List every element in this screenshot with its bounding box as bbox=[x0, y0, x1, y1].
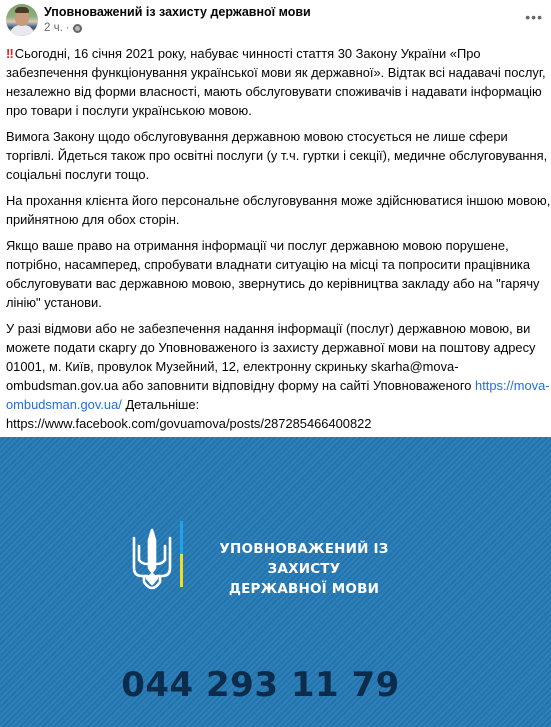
flag-blue-stripe bbox=[180, 521, 183, 554]
paragraph-text: Сьогодні, 16 січня 2021 року, набуває чи… bbox=[6, 46, 546, 118]
details-label: Детальніше: bbox=[122, 397, 199, 412]
avatar-hair bbox=[15, 7, 29, 13]
author-avatar[interactable] bbox=[6, 4, 38, 36]
banner-title-line-2: ДЕРЖАВНОЇ МОВИ bbox=[194, 579, 414, 599]
banner-title-line-1: УПОВНОВАЖЕНИЙ ІЗ ЗАХИСТУ bbox=[194, 539, 414, 579]
globe-icon[interactable] bbox=[73, 24, 82, 33]
trident-emblem-icon bbox=[130, 528, 174, 590]
post-image-banner[interactable]: УПОВНОВАЖЕНИЙ ІЗ ЗАХИСТУ ДЕРЖАВНОЇ МОВИ … bbox=[0, 437, 551, 727]
meta-separator: · bbox=[66, 22, 70, 34]
flag-yellow-stripe bbox=[180, 554, 183, 587]
ukraine-flag-bar bbox=[180, 521, 183, 587]
banner-org-title: УПОВНОВАЖЕНИЙ ІЗ ЗАХИСТУ ДЕРЖАВНОЇ МОВИ bbox=[194, 539, 414, 599]
paragraph-client-request: На прохання клієнта його персональне обс… bbox=[6, 191, 551, 229]
post-meta: 2 ч. · bbox=[44, 22, 82, 34]
post-header: Уповноважений із захисту державної мови … bbox=[0, 0, 551, 42]
phone-text: 044 293 11 79 bbox=[121, 665, 400, 705]
avatar-shirt bbox=[10, 25, 34, 36]
more-options-button[interactable]: ••• bbox=[525, 9, 543, 25]
banner-phone-number: 044 293 11 79 bbox=[0, 665, 551, 705]
post-time[interactable]: 2 ч. bbox=[44, 22, 63, 34]
author-name[interactable]: Уповноважений із захисту державної мови bbox=[44, 5, 311, 19]
facebook-post-link[interactable]: https://www.facebook.com/govuamova/posts… bbox=[6, 416, 371, 431]
paragraph-intro: ‼Сьогодні, 16 січня 2021 року, набуває ч… bbox=[6, 44, 551, 120]
paragraph-rights-violated: Якщо ваше право на отримання інформації … bbox=[6, 236, 551, 312]
paragraph-complaint: У разі відмови або не забезпечення надан… bbox=[6, 319, 551, 433]
complaint-text: У разі відмови або не забезпечення надан… bbox=[6, 321, 535, 393]
double-exclamation-icon: ‼ bbox=[6, 46, 12, 61]
paragraph-scope: Вимога Закону щодо обслуговування держав… bbox=[6, 127, 551, 184]
